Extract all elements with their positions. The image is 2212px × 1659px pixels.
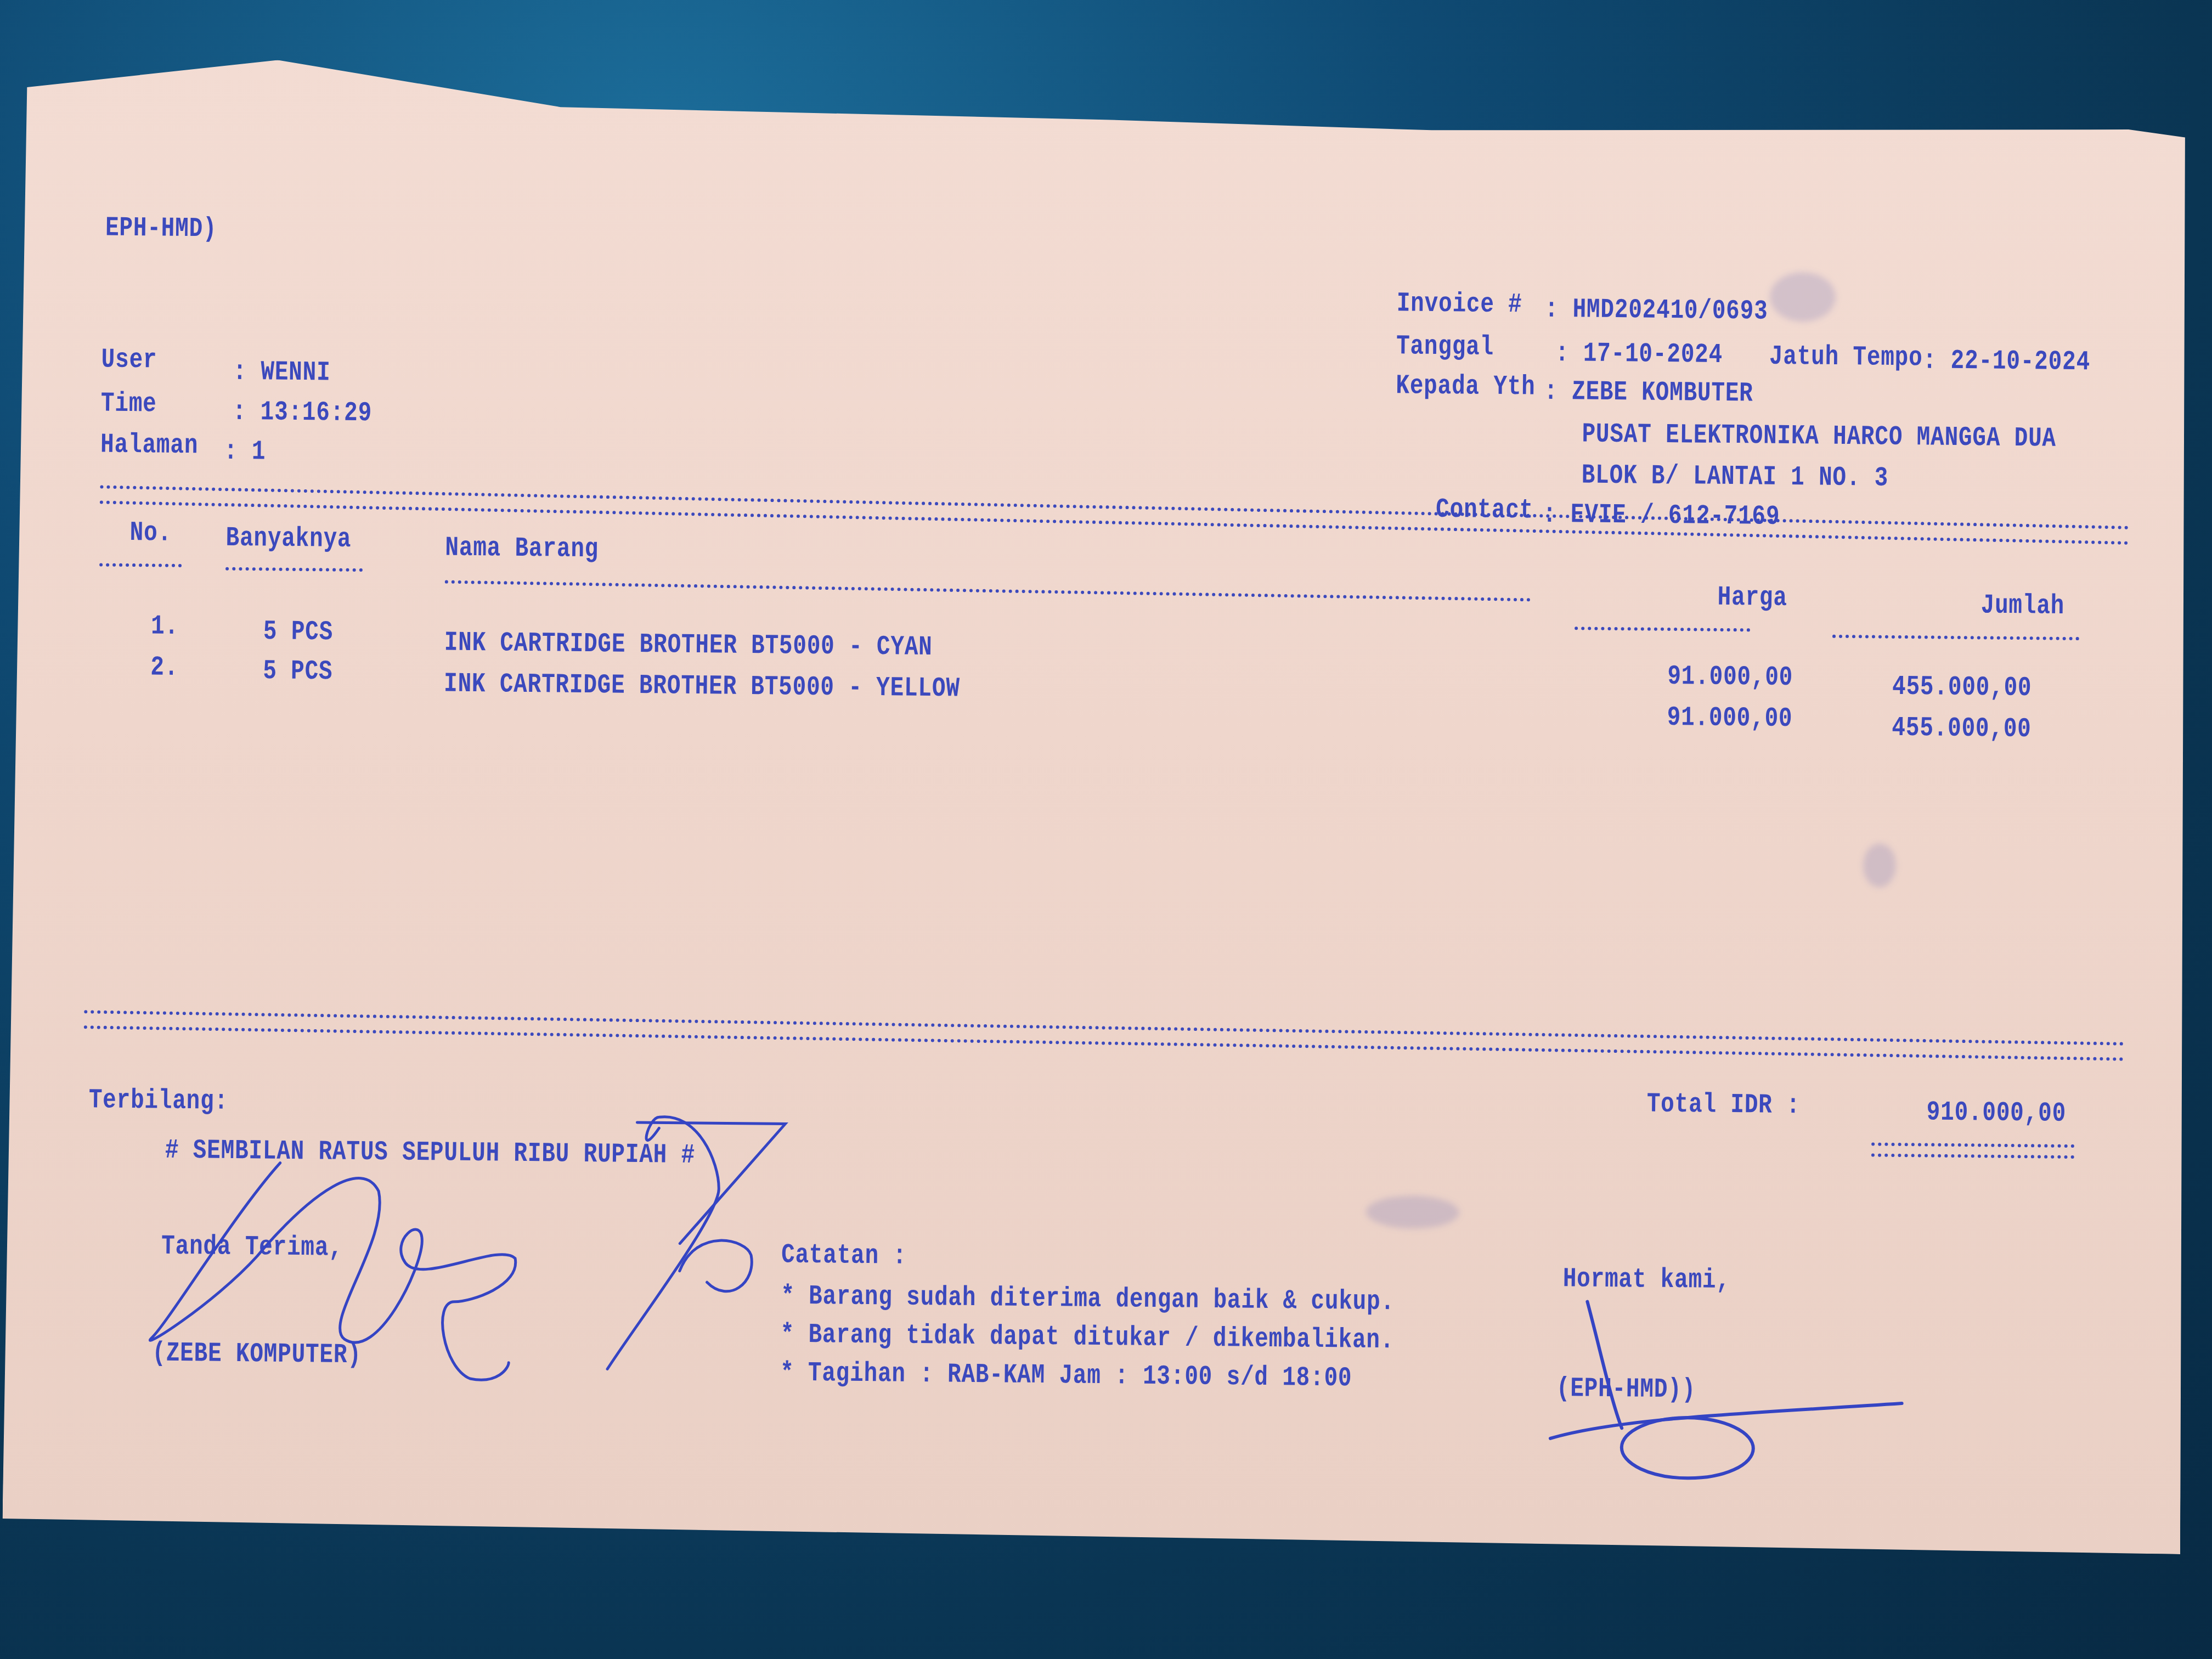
handwritten-signature-icon bbox=[2, 58, 2211, 1560]
invoice-paper: EPH-HMD) User : WENNI Time : 13:16:29 Ha… bbox=[2, 58, 2194, 1554]
